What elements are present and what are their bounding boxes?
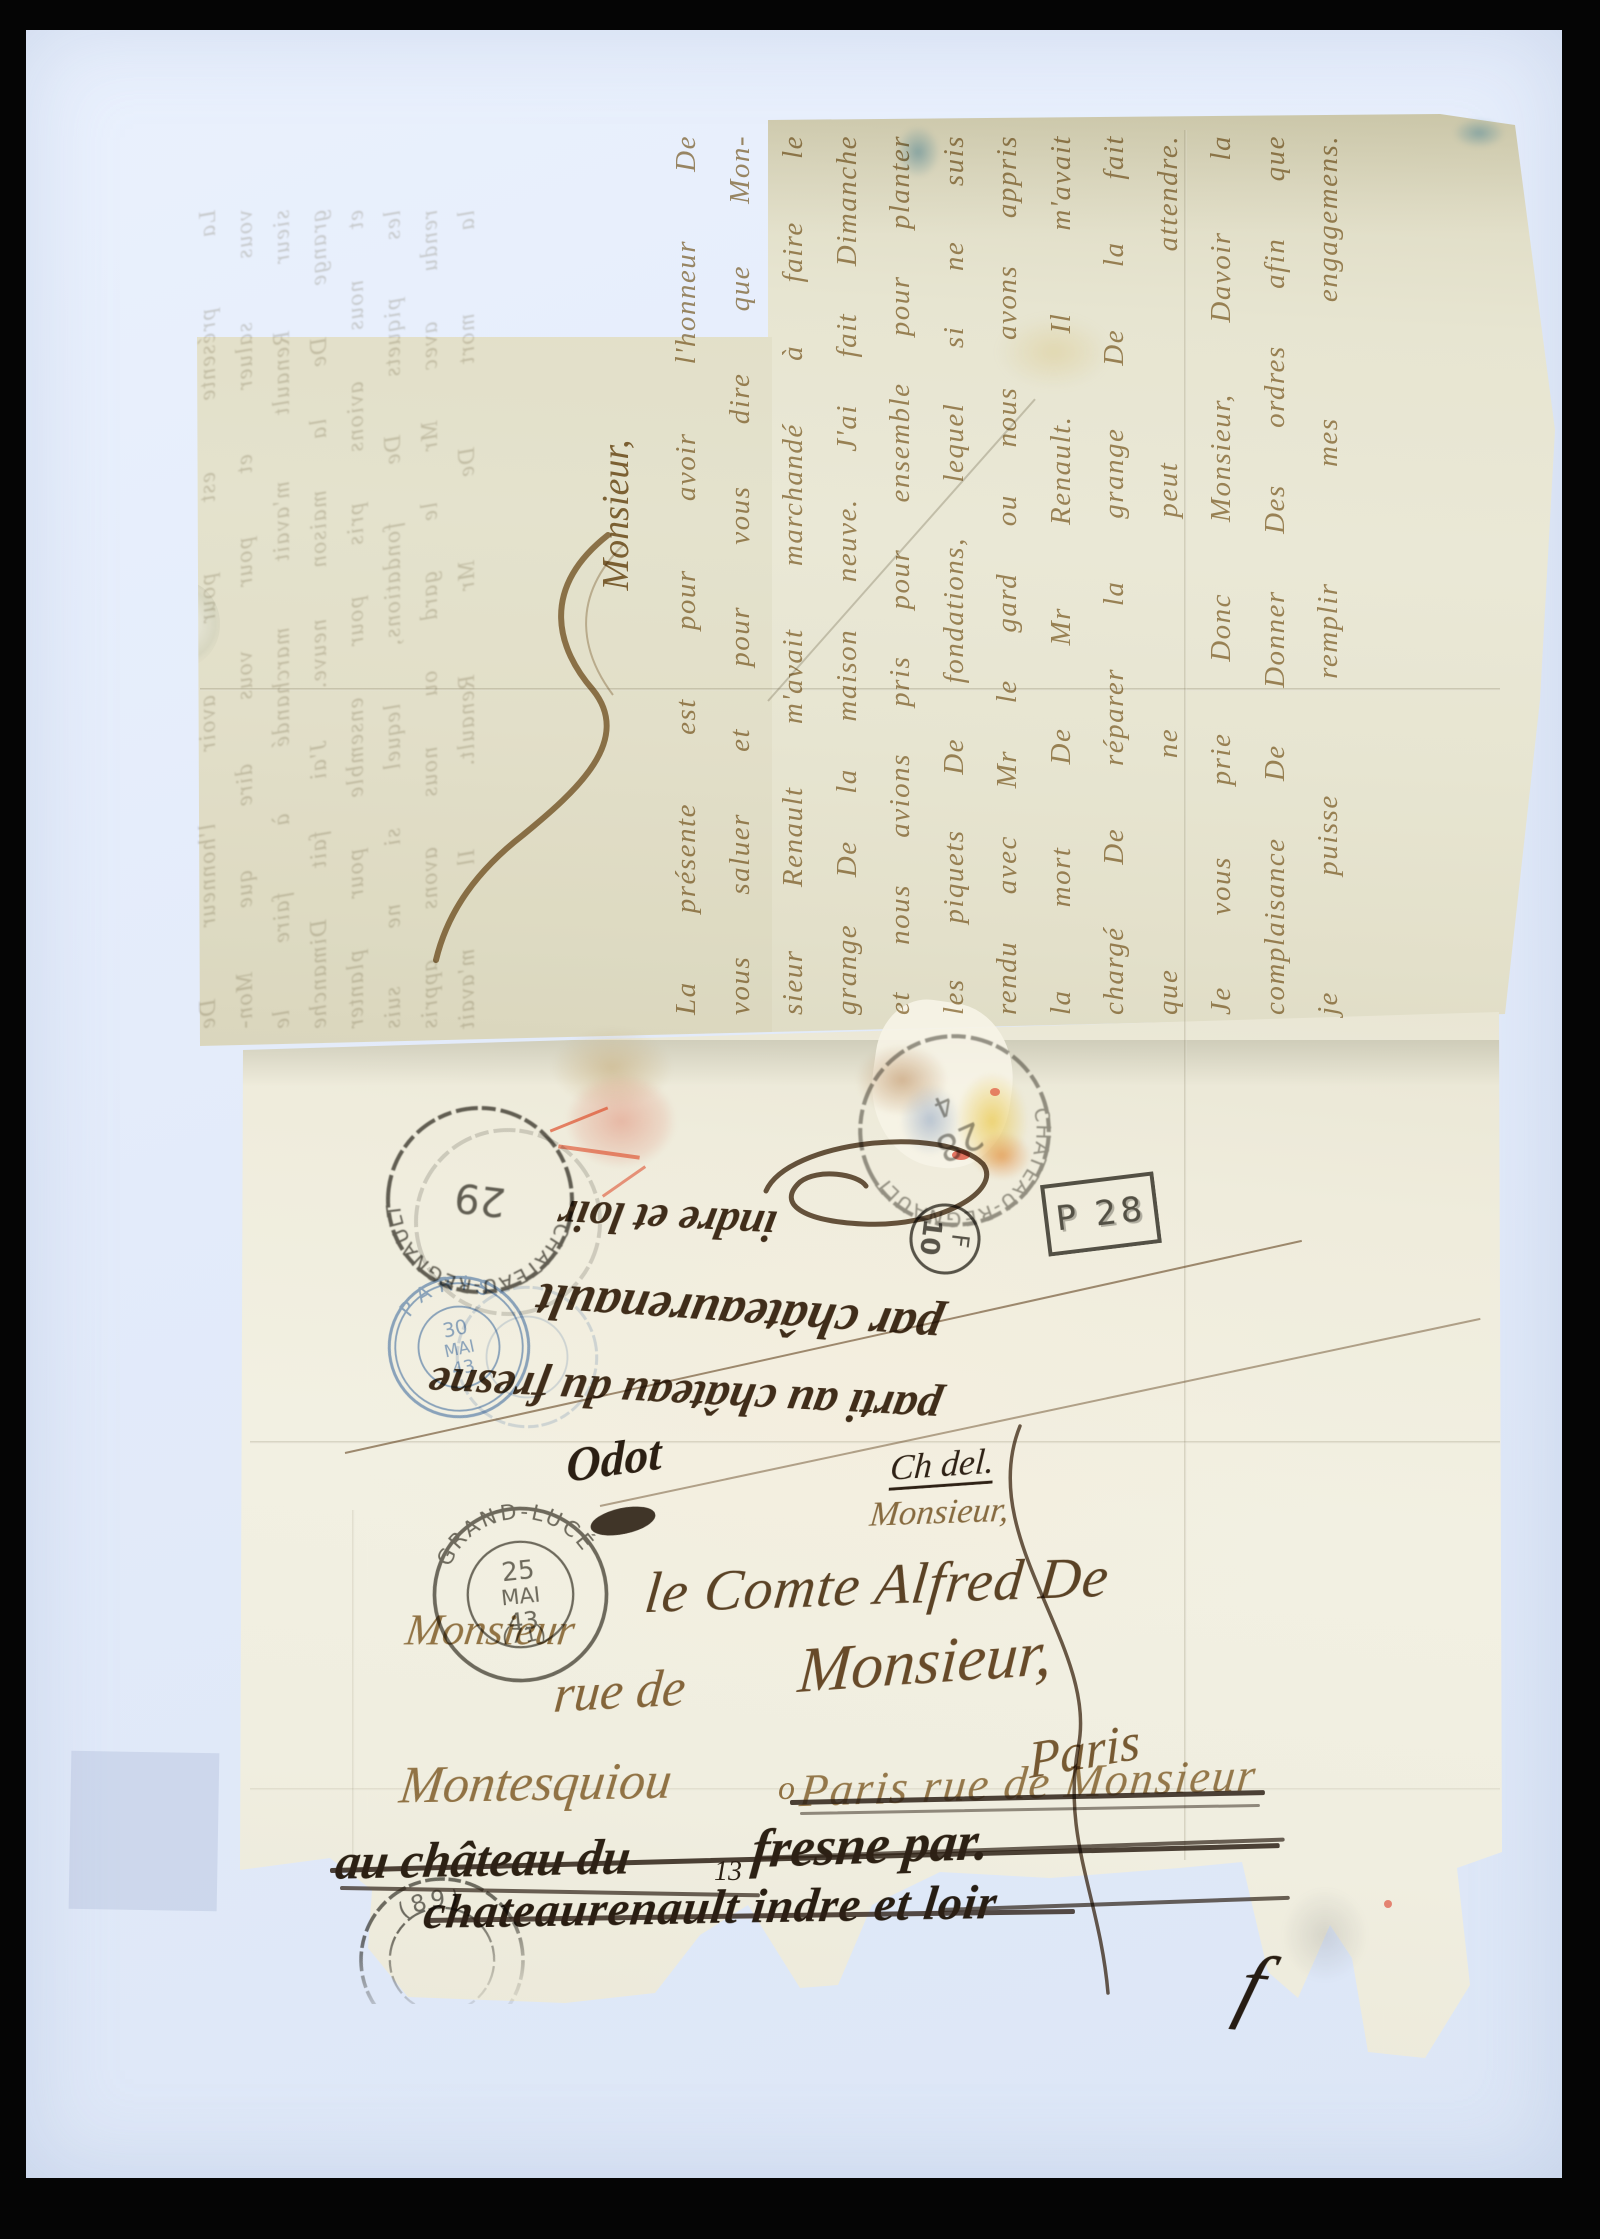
- address-line3-light: Montesquiou: [397, 1756, 675, 1813]
- fragment-gray-marks: [1282, 1888, 1368, 1982]
- address-long-curve: [950, 1418, 1160, 2003]
- scanned-letter-page: CHATEAU-REGNAULT 29 CHATEAU-REGNAULT 28 …: [0, 0, 1600, 2239]
- album-cut-shadow: [69, 1751, 220, 1912]
- fragment-red-dot: [1384, 1900, 1392, 1908]
- crease-horizontal-lower1: [250, 1441, 1500, 1444]
- box-p28-label: P 28: [1054, 1189, 1149, 1240]
- ink-smudge-blue-corner: [1453, 118, 1505, 148]
- postmark-box-p28: P 28: [1040, 1171, 1162, 1256]
- struck-line2a: au château du: [333, 1831, 634, 1886]
- address-line1-light: Monsieur: [403, 1608, 578, 1652]
- crease-vertical-lower: [352, 1510, 355, 1860]
- letter-body-lines: La présente est pour avoir l'honneur Dev…: [660, 135, 1360, 1015]
- flourish-paraph-large: [408, 520, 688, 980]
- address-line2-light: rue de: [552, 1662, 688, 1721]
- struck-line3: chateaurenault indre et loir: [421, 1879, 1000, 1937]
